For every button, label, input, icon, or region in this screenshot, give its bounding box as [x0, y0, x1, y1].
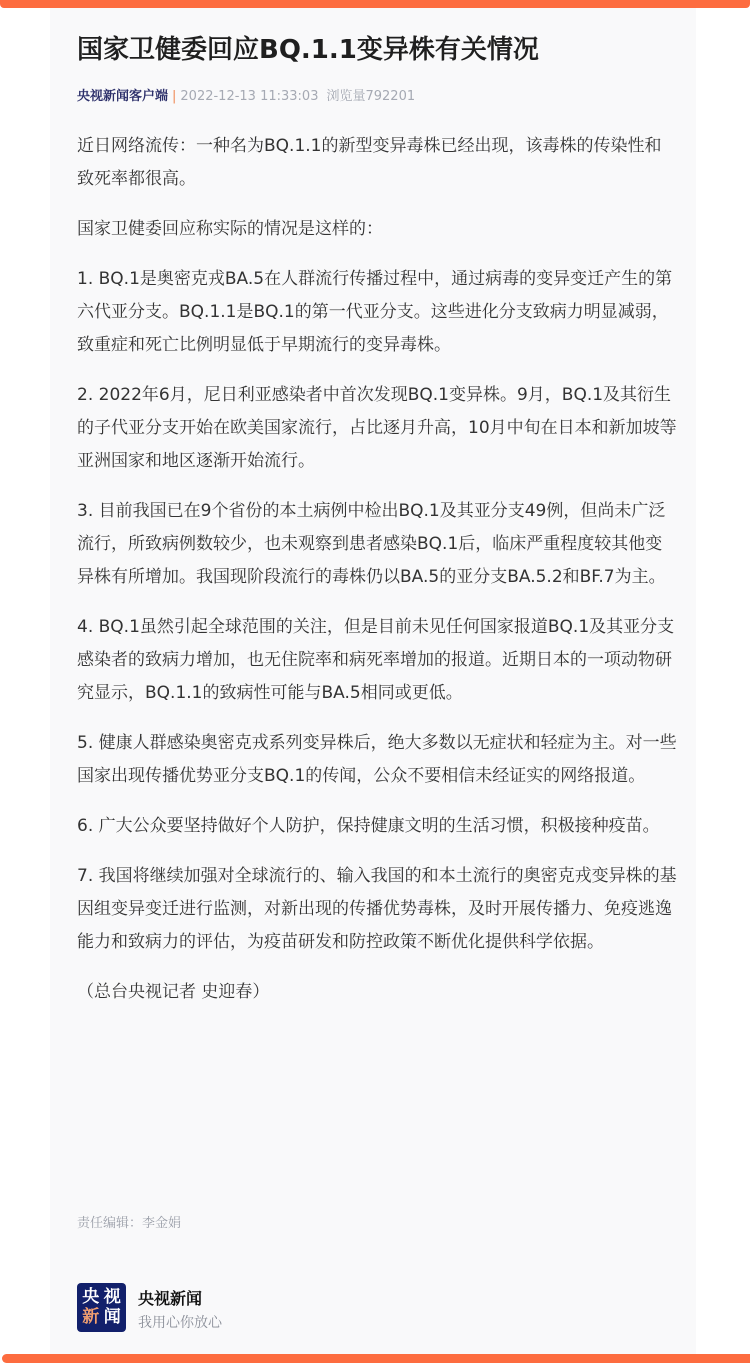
paragraph-point-7: 7. 我国将继续加强对全球流行的、输入我国的和本土流行的奥密克戎变异株的基因组变… [77, 860, 677, 959]
paragraph-point-5: 5. 健康人群感染奥密克戎系列变异株后，绝大多数以无症状和轻症为主。对一些国家出… [77, 727, 677, 793]
paragraph-response: 国家卫健委回应称实际的情况是这样的： [77, 213, 677, 246]
paragraph-point-2: 2. 2022年6月，尼日利亚感染者中首次发现BQ.1变异株。9月，BQ.1及其… [77, 379, 677, 478]
paragraph-point-3: 3. 目前我国已在9个省份的本土病例中检出BQ.1及其亚分支49例，但尚未广泛流… [77, 495, 677, 594]
editor-credit: 责任编辑：李金娟 [77, 1214, 181, 1234]
article-title: 国家卫健委回应BQ.1.1变异株有关情况 [77, 30, 697, 70]
brand-name: 央视新闻 [138, 1286, 202, 1309]
source-link[interactable]: 央视新闻客户端 [77, 89, 168, 104]
logo-char: 央 [80, 1289, 102, 1306]
reporter-credit: （总台央视记者 史迎春） [77, 976, 677, 1009]
article-meta: 央视新闻客户端|2022-12-13 11:33:03浏览量792201 [77, 87, 415, 107]
publish-datetime: 2022-12-13 11:33:03 [180, 89, 318, 104]
logo-char: 新 [80, 1309, 102, 1326]
brand-slogan: 我用心你放心 [138, 1312, 222, 1332]
meta-separator: | [172, 89, 176, 104]
article-card: 国家卫健委回应BQ.1.1变异株有关情况 央视新闻客户端|2022-12-13 … [50, 8, 696, 1354]
bottom-accent-bar [2, 1354, 750, 1363]
paragraph-intro: 近日网络流传：一种名为BQ.1.1的新型变异毒株已经出现，该毒株的传染性和致死率… [77, 130, 677, 196]
view-count: 浏览量792201 [326, 89, 415, 104]
paragraph-point-4: 4. BQ.1虽然引起全球范围的关注，但是目前未见任何国家报道BQ.1及其亚分支… [77, 611, 677, 710]
top-accent-bar [0, 0, 750, 8]
paragraph-point-1: 1. BQ.1是奥密克戎BA.5在人群流行传播过程中，通过病毒的变异变迁产生的第… [77, 263, 677, 362]
paragraph-point-6: 6. 广大公众要坚持做好个人防护，保持健康文明的生活习惯，积极接种疫苗。 [77, 810, 677, 843]
cctv-news-logo-icon: 央 视 新 闻 [77, 1283, 126, 1332]
logo-char: 视 [102, 1289, 124, 1306]
article-body: 近日网络流传：一种名为BQ.1.1的新型变异毒株已经出现，该毒株的传染性和致死率… [77, 130, 677, 1026]
logo-char: 闻 [102, 1309, 124, 1326]
